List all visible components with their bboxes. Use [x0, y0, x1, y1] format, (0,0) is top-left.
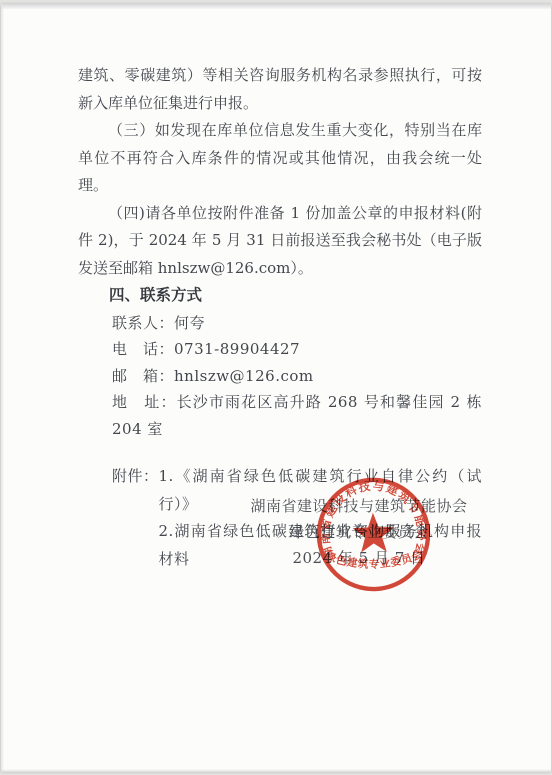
contact-phone-line: 电 话：0731-89904427 [78, 336, 482, 363]
contact-person-line: 联系人：何夸 [78, 310, 482, 337]
official-seal: 湖南省建设科技与建筑节能协会 绿色建筑专业委员会 [312, 473, 434, 595]
svg-text:绿色建筑专业委员会: 绿色建筑专业委员会 [322, 547, 425, 572]
scan-edge-top [1, 4, 551, 9]
seal-bottom-text: 绿色建筑专业委员会 [322, 547, 425, 572]
scan-edge-left [1, 4, 4, 772]
scan-edge-bottom [1, 769, 551, 772]
paragraph-item-3: （三）如发现在库单位信息发生重大变化，特别当在库单位不再符合入库条件的情况或其他… [78, 117, 482, 200]
contact-address-line: 地 址：长沙市雨花区高升路 268 号和馨佳园 2 栋 204 室 [78, 389, 482, 442]
contact-info: 联系人：何夸 电 话：0731-89904427 邮 箱：hnlszw@126.… [78, 310, 482, 443]
paragraph-continuation: 建筑、零碳建筑）等相关咨询服务机构名录参照执行，可按新入库单位征集进行申报。 [78, 62, 482, 117]
section-heading-contact: 四、联系方式 [78, 282, 482, 310]
star-icon [352, 512, 394, 553]
paragraph-item-4: （四)请各单位按附件准备 1 份加盖公章的申报材料(附件 2)，于 2024 年… [78, 200, 482, 283]
contact-email-line: 邮 箱：hnlszw@126.com [78, 363, 482, 390]
document-page: 建筑、零碳建筑）等相关咨询服务机构名录参照执行，可按新入库单位征集进行申报。 （… [1, 4, 551, 772]
attachments-label: 附件： [78, 463, 159, 573]
